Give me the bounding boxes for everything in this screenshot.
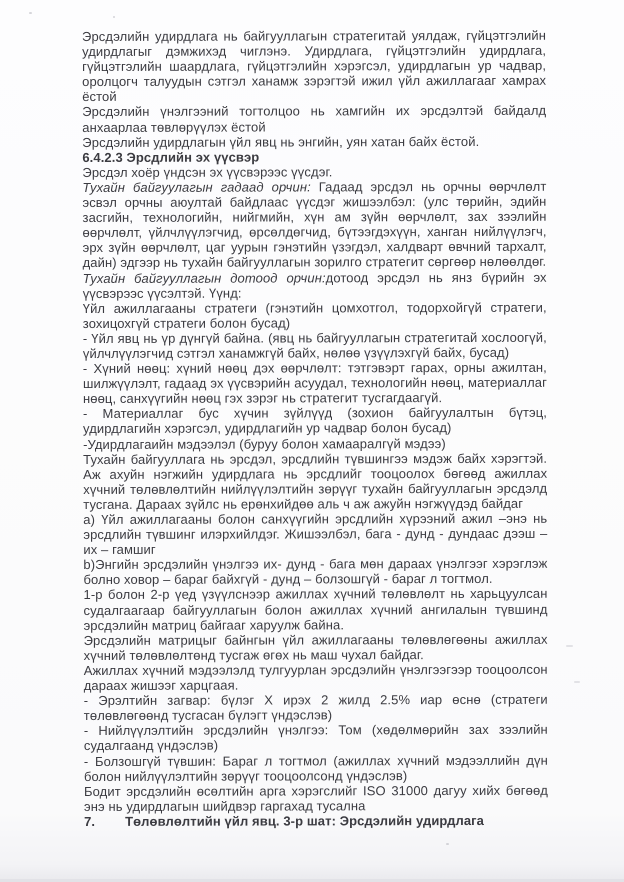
paragraph: Эрсдэлийн удирдлага нь байгууллагын стра… bbox=[82, 28, 546, 105]
paragraph: Үйл ажиллагааны стратеги (гэнэтийн цомхо… bbox=[83, 299, 547, 330]
italic-lead: Тухайн байгуулагын гадаад орчин: bbox=[82, 179, 310, 195]
scan-speck bbox=[29, 12, 32, 14]
list-item: -Удирдлагаийн мэдээлэл (буруу болон хама… bbox=[83, 435, 547, 451]
list-item-b: b)Энгийн эрсдэлийн үнэлгээ их- дунд - ба… bbox=[83, 556, 547, 587]
list-item: - Хүний нөөц: хүний нөөц дэх өөрчлөлт: т… bbox=[83, 360, 547, 406]
paragraph-external-environment: Тухайн байгуулагын гадаад орчин: Гадаад … bbox=[82, 179, 546, 271]
scanned-document-page: Эрсдэлийн удирдлага нь байгууллагын стра… bbox=[0, 0, 624, 882]
paragraph: Эрсдэлийн удирдлагын үйл явц нь энгийн, … bbox=[82, 133, 546, 149]
paragraph: Ажиллах хүчний мэдээлэлд тулгуурлан эрсд… bbox=[84, 662, 548, 693]
scan-speck bbox=[574, 681, 580, 683]
document-body: Эрсдэлийн удирдлага нь байгууллагын стра… bbox=[82, 28, 548, 829]
paragraph: Тухайн байгууллага нь эрсдэл, эрсдлийн т… bbox=[83, 450, 547, 512]
list-item: - Болзошгүй түвшин: Бараг л тогтмол (ажи… bbox=[84, 752, 548, 783]
paragraph: Эрсдэлийн матрицыг байнгын үйл ажиллагаа… bbox=[84, 632, 548, 663]
italic-lead: Тухайн байгууллагын дотоод орчин: bbox=[83, 270, 326, 286]
paragraph-internal-environment: Тухайн байгууллагын дотоод орчин:дотоод … bbox=[83, 269, 547, 300]
list-item: - Үйл явц нь үр дүнгүй байна. (явц нь ба… bbox=[83, 330, 547, 361]
list-item: - Материаллаг бус хүчин зүйлүүд (зохион … bbox=[83, 405, 547, 436]
scan-speck bbox=[566, 645, 573, 647]
scan-speck bbox=[446, 843, 449, 845]
list-item: - Эрэлтийн загвар: бүлэг Х ирэх 2 жилд 2… bbox=[84, 692, 548, 723]
paragraph: Бодит эрсдэлийн өсөлтийн арга хэрэгслийг… bbox=[84, 782, 548, 813]
chapter-number: 7. bbox=[84, 814, 125, 829]
paragraph: Эрсдэл хоёр үндсэн эх үүсвэрээс үүсдэг. bbox=[82, 164, 546, 180]
scan-speck bbox=[113, 16, 115, 18]
paragraph: 1-р болон 2-р үед үзүүлснээр ажиллах хүч… bbox=[83, 586, 547, 632]
section-heading: 6.4.2.3 Эрсдлийн эх үүсвэр bbox=[82, 149, 546, 165]
chapter-heading: 7.Төлөвлөлтийн үйл явц. 3-р шат: Эрсдэли… bbox=[84, 813, 548, 829]
chapter-title: Төлөвлөлтийн үйл явц. 3-р шат: Эрсдэлийн… bbox=[125, 813, 484, 829]
list-item: - Нийлүүлэлтийн эрсдэлийн үнэлгээ: Том (… bbox=[84, 722, 548, 753]
list-item-a: а) Үйл ажиллагааны болон санхүүгийн эрсд… bbox=[83, 511, 547, 557]
paragraph: Эрсдэлийн үнэлгээний тогтолцоо нь хамгий… bbox=[82, 103, 546, 134]
